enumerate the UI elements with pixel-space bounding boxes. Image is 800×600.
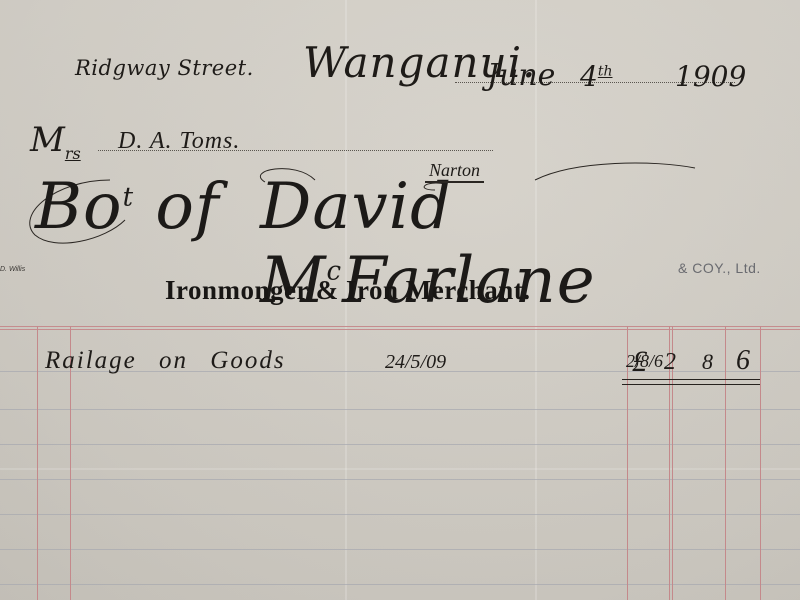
- merchant-first-name: David: [260, 170, 452, 244]
- company-suffix: & COY., Ltd.: [678, 260, 761, 276]
- merchant-heading: Bot of David McFarlane Narton: [15, 160, 795, 260]
- ledger-line: [0, 409, 800, 410]
- invoice-paper: Ridgway Street. Wanganui. June 4th 1909 …: [0, 0, 800, 600]
- honorific-letter: M: [30, 120, 65, 160]
- pound-sign-icon: £: [632, 345, 647, 379]
- bought-of-word: of: [155, 170, 219, 244]
- address-date-line: Ridgway Street. Wanganui. June 4th 1909: [75, 38, 745, 88]
- customer-honorific: Mrs: [30, 120, 81, 163]
- customer-line: Mrs D. A. Toms.: [30, 120, 470, 154]
- ledger-line: [0, 584, 800, 585]
- handwritten-annotation: Narton: [425, 160, 484, 183]
- total-double-underline: [622, 379, 760, 385]
- date-year: 1909: [675, 60, 746, 93]
- date-month: June: [487, 58, 555, 93]
- bought-of-prefix: Bo: [35, 170, 123, 244]
- printer-credit: D. Willis: [0, 266, 25, 273]
- amount-shillings: 2: [664, 349, 676, 376]
- merchant-trade: Ironmonger & Iron Merchant.: [165, 275, 531, 306]
- date-day-number: 4: [580, 60, 598, 93]
- bought-of-label: Bot of: [35, 170, 220, 244]
- date-day-suffix: th: [598, 64, 613, 80]
- amount-shillings-second: 8: [702, 349, 713, 375]
- date-day: 4th: [580, 60, 612, 93]
- ledger-top-rule: [0, 326, 800, 327]
- line-item-amount: £ 2 8 6: [0, 345, 800, 390]
- ledger-line: [0, 514, 800, 515]
- ledger-top-rule: [0, 329, 800, 330]
- ledger-line: [0, 444, 800, 445]
- ledger-line: [0, 479, 800, 480]
- ledger-line: [0, 549, 800, 550]
- bought-of-suffix: t: [123, 183, 134, 213]
- street-address: Ridgway Street.: [75, 56, 254, 80]
- customer-name: D. A. Toms.: [118, 128, 240, 155]
- amount-pence: 6: [736, 345, 750, 377]
